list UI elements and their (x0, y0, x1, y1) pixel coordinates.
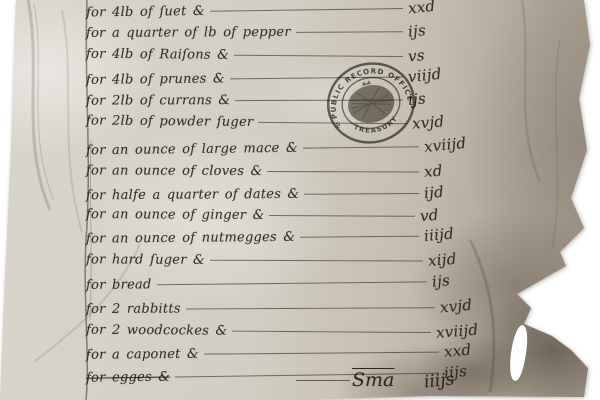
ledger-entry: for halfe a quarter of dates & ijd (86, 183, 458, 204)
entry-amount: iiijd (423, 224, 459, 245)
rule-line (204, 351, 439, 354)
entry-text: for a caponet & (86, 347, 199, 364)
ledger-entry: for hard ſuger & xijd (86, 249, 462, 269)
ledger-entry: for a caponet & xxd (86, 341, 478, 363)
rule-line (269, 215, 415, 217)
ledger-entry: for a quarter of lb of pepper ijs (86, 21, 442, 41)
entry-text: for an ounce of large mace & (86, 141, 298, 159)
entry-text: for an ounce of nutmegges & (86, 230, 295, 247)
entry-text: for 2lb of currans & (86, 93, 230, 109)
ledger-entry: for an ounce of ginger & vd (86, 204, 454, 225)
entry-amount: xxd (407, 0, 443, 17)
rule-line (186, 307, 435, 309)
entry-text: for an ounce of ginger & (86, 207, 265, 224)
rule-line (304, 193, 419, 195)
entry-text: for an ounce of cloves & (86, 163, 262, 179)
entry-amount: ijs (407, 20, 443, 41)
ledger-entry: for 2 woodcockes & xviijd (86, 320, 478, 341)
rule-line (157, 281, 427, 285)
summa-label: Sma (352, 369, 394, 391)
entry-text: for 2 rabbitts (86, 302, 181, 318)
rule-line (267, 171, 419, 173)
ledger-entry: for an ounce of large mace & xviijd (86, 136, 466, 159)
entry-amount: xxd (443, 340, 479, 361)
entry-text: for bread (86, 277, 152, 293)
entry-text: for halfe a quarter of dates & (86, 187, 299, 204)
entry-amount: xviijd (435, 321, 479, 342)
rule-line (296, 31, 403, 33)
stamp-crown-mark (361, 80, 371, 86)
entry-amount: ijs (431, 270, 467, 291)
entry-amount: xijd (427, 249, 462, 270)
entry-text: for 2lb of powder ſuger (86, 113, 254, 130)
ledger-entry: for 2 rabbitts xvjd (86, 297, 474, 318)
entry-text: for 2 woodcockes & (86, 323, 227, 340)
entry-amount: vs (407, 45, 442, 66)
manuscript-photo: for 4lb of ſuet & xxd for a quarter of l… (0, 0, 600, 400)
rule-line (210, 260, 423, 262)
entry-amount: xviijd (423, 134, 467, 156)
rule-line (210, 8, 403, 12)
ledger-entries: for 4lb of ſuet & xxd for a quarter of l… (0, 0, 600, 400)
ledger-entry: for bread ijs (86, 271, 466, 294)
stamp-cross-icon: ✠ (333, 120, 341, 130)
entry-text: for hard ſuger & (86, 252, 205, 268)
flourish-line (296, 380, 350, 381)
rule-line (232, 330, 430, 332)
ledger-entry: for an ounce of cloves & xd (86, 160, 458, 180)
entry-amount: xd (423, 160, 458, 181)
entry-text: for egges & (86, 370, 170, 387)
ledger-entry: for an ounce of nutmegges & iiijd (86, 225, 458, 247)
entry-text: for 4lb of Raiſons & (86, 47, 229, 64)
entry-amount: vd (419, 205, 454, 226)
rule-line (300, 236, 419, 238)
summa-total-line: Sma iiijs (296, 369, 455, 391)
entry-text: for 4lb of ſuet & (86, 4, 205, 21)
entry-amount: ijd (423, 181, 459, 202)
summa-amount: iiijs (423, 369, 455, 392)
entry-text: for 4lb of prunes & (86, 71, 225, 88)
entry-text: for a quarter of lb of pepper (86, 25, 291, 42)
ledger-entry: for 4lb of ſuet & xxd (86, 0, 442, 21)
entry-amount: xvjd (439, 296, 475, 317)
